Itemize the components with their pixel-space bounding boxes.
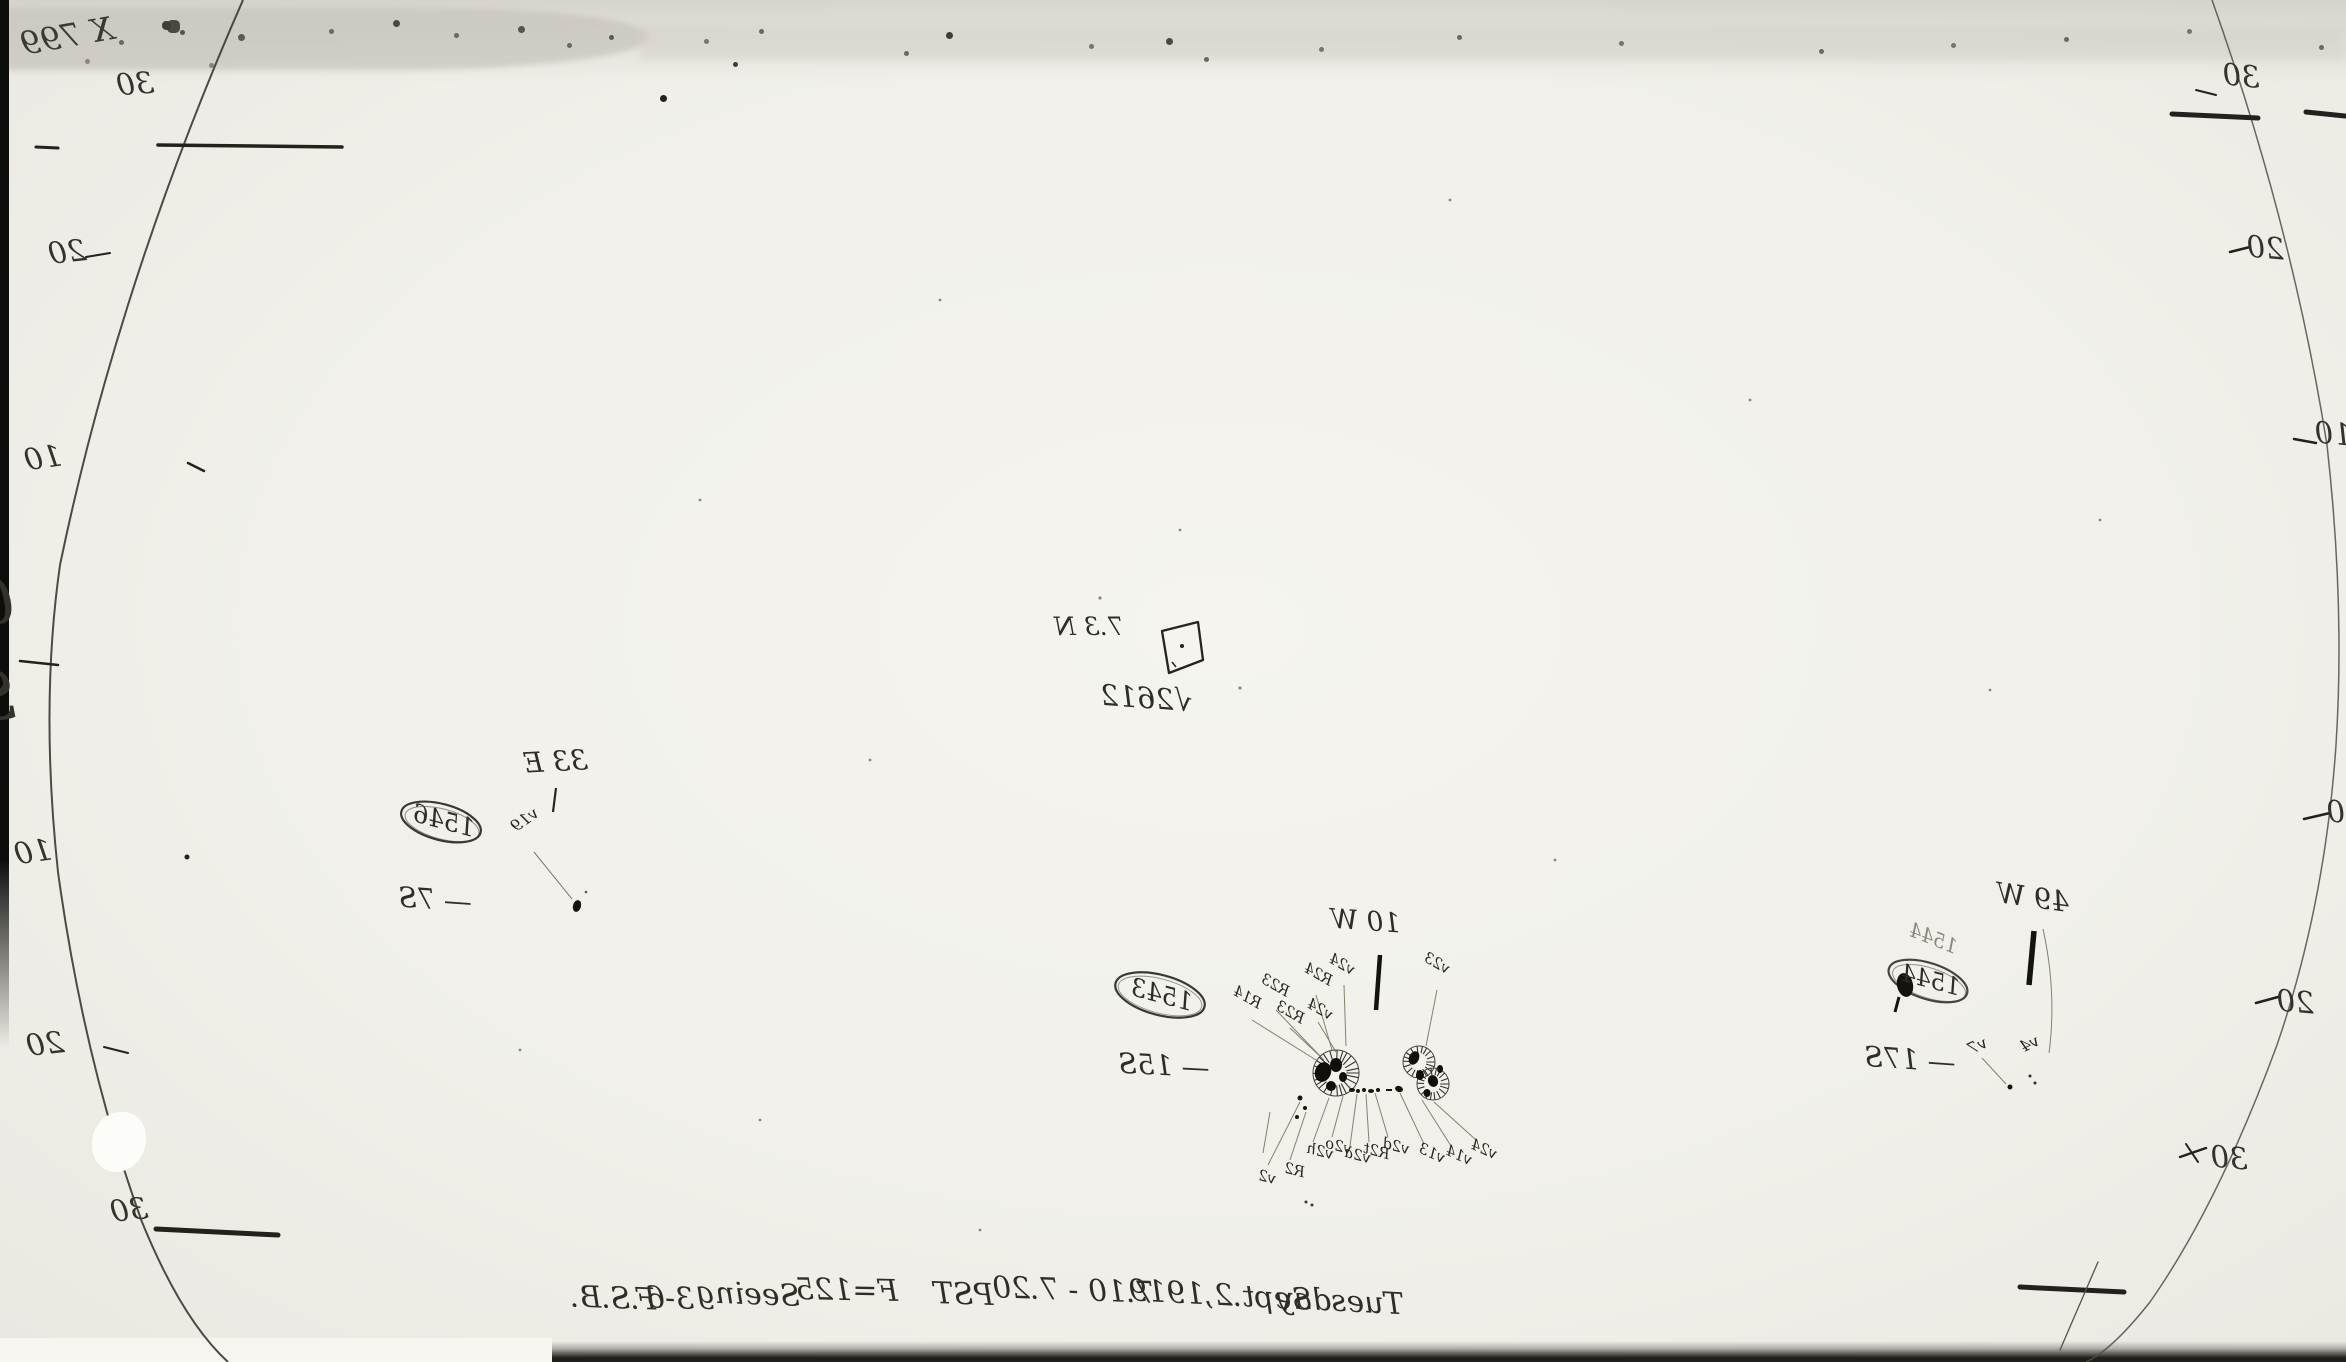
scale-right-30-top: 30	[2221, 60, 2262, 94]
group-1543-latitude: — 15S	[1117, 1050, 1210, 1083]
group-2612-marks	[1162, 622, 1203, 673]
group-1546-latitude: — 7S	[397, 883, 473, 916]
scale-left-20-top: 20	[47, 236, 88, 270]
scale-right-20-bottom: 20	[2275, 986, 2316, 1019]
scale-left-30-top: 30	[115, 69, 155, 102]
group-1544-latitude: — 17S	[1863, 1043, 1956, 1077]
caption-day: Tuesday	[1276, 1284, 1404, 1321]
solar-drawing-sheet: X 799 30 20 10 0 S 10 20 30 30 20 10 0 2…	[0, 0, 2346, 1362]
dust-dots	[519, 199, 2102, 1232]
group-2612-latitude: 7.3 N	[1054, 614, 1124, 639]
scale-left-30-bottom: 30	[109, 1194, 150, 1228]
group-1543-longitude: 10 W	[1329, 906, 1401, 938]
scale-right-30-bottom: 30	[2209, 1142, 2250, 1175]
scale-right-20-top: 20	[2245, 232, 2286, 265]
caption-seeing-label: Seeing	[696, 1278, 801, 1312]
spot-label: v2	[1256, 1168, 1277, 1187]
scale-left-zero: 0	[0, 570, 15, 634]
scale-left-10-top: 10	[22, 441, 64, 476]
scale-right-10-bottom: 0	[2325, 797, 2346, 829]
group-1546-longitude: 33 E	[522, 746, 588, 777]
scale-left-south: S	[0, 664, 17, 730]
group-2612-designation: √2612	[1099, 681, 1193, 716]
caption-zone: PST	[932, 1279, 994, 1311]
scale-right-10-top: 10	[2313, 418, 2346, 451]
caption-seeing-value: 3-6	[645, 1283, 694, 1315]
scale-left-10-bottom: 10	[12, 835, 54, 870]
scale-left-20-bottom: 20	[25, 1028, 66, 1062]
caption-focal: F=125	[795, 1275, 899, 1307]
caption-observer: F.S.B.	[570, 1283, 657, 1316]
limb-arc-left	[49, 0, 243, 1362]
scale-ticks	[20, 90, 2345, 1350]
drawing-layer	[0, 0, 2346, 1362]
